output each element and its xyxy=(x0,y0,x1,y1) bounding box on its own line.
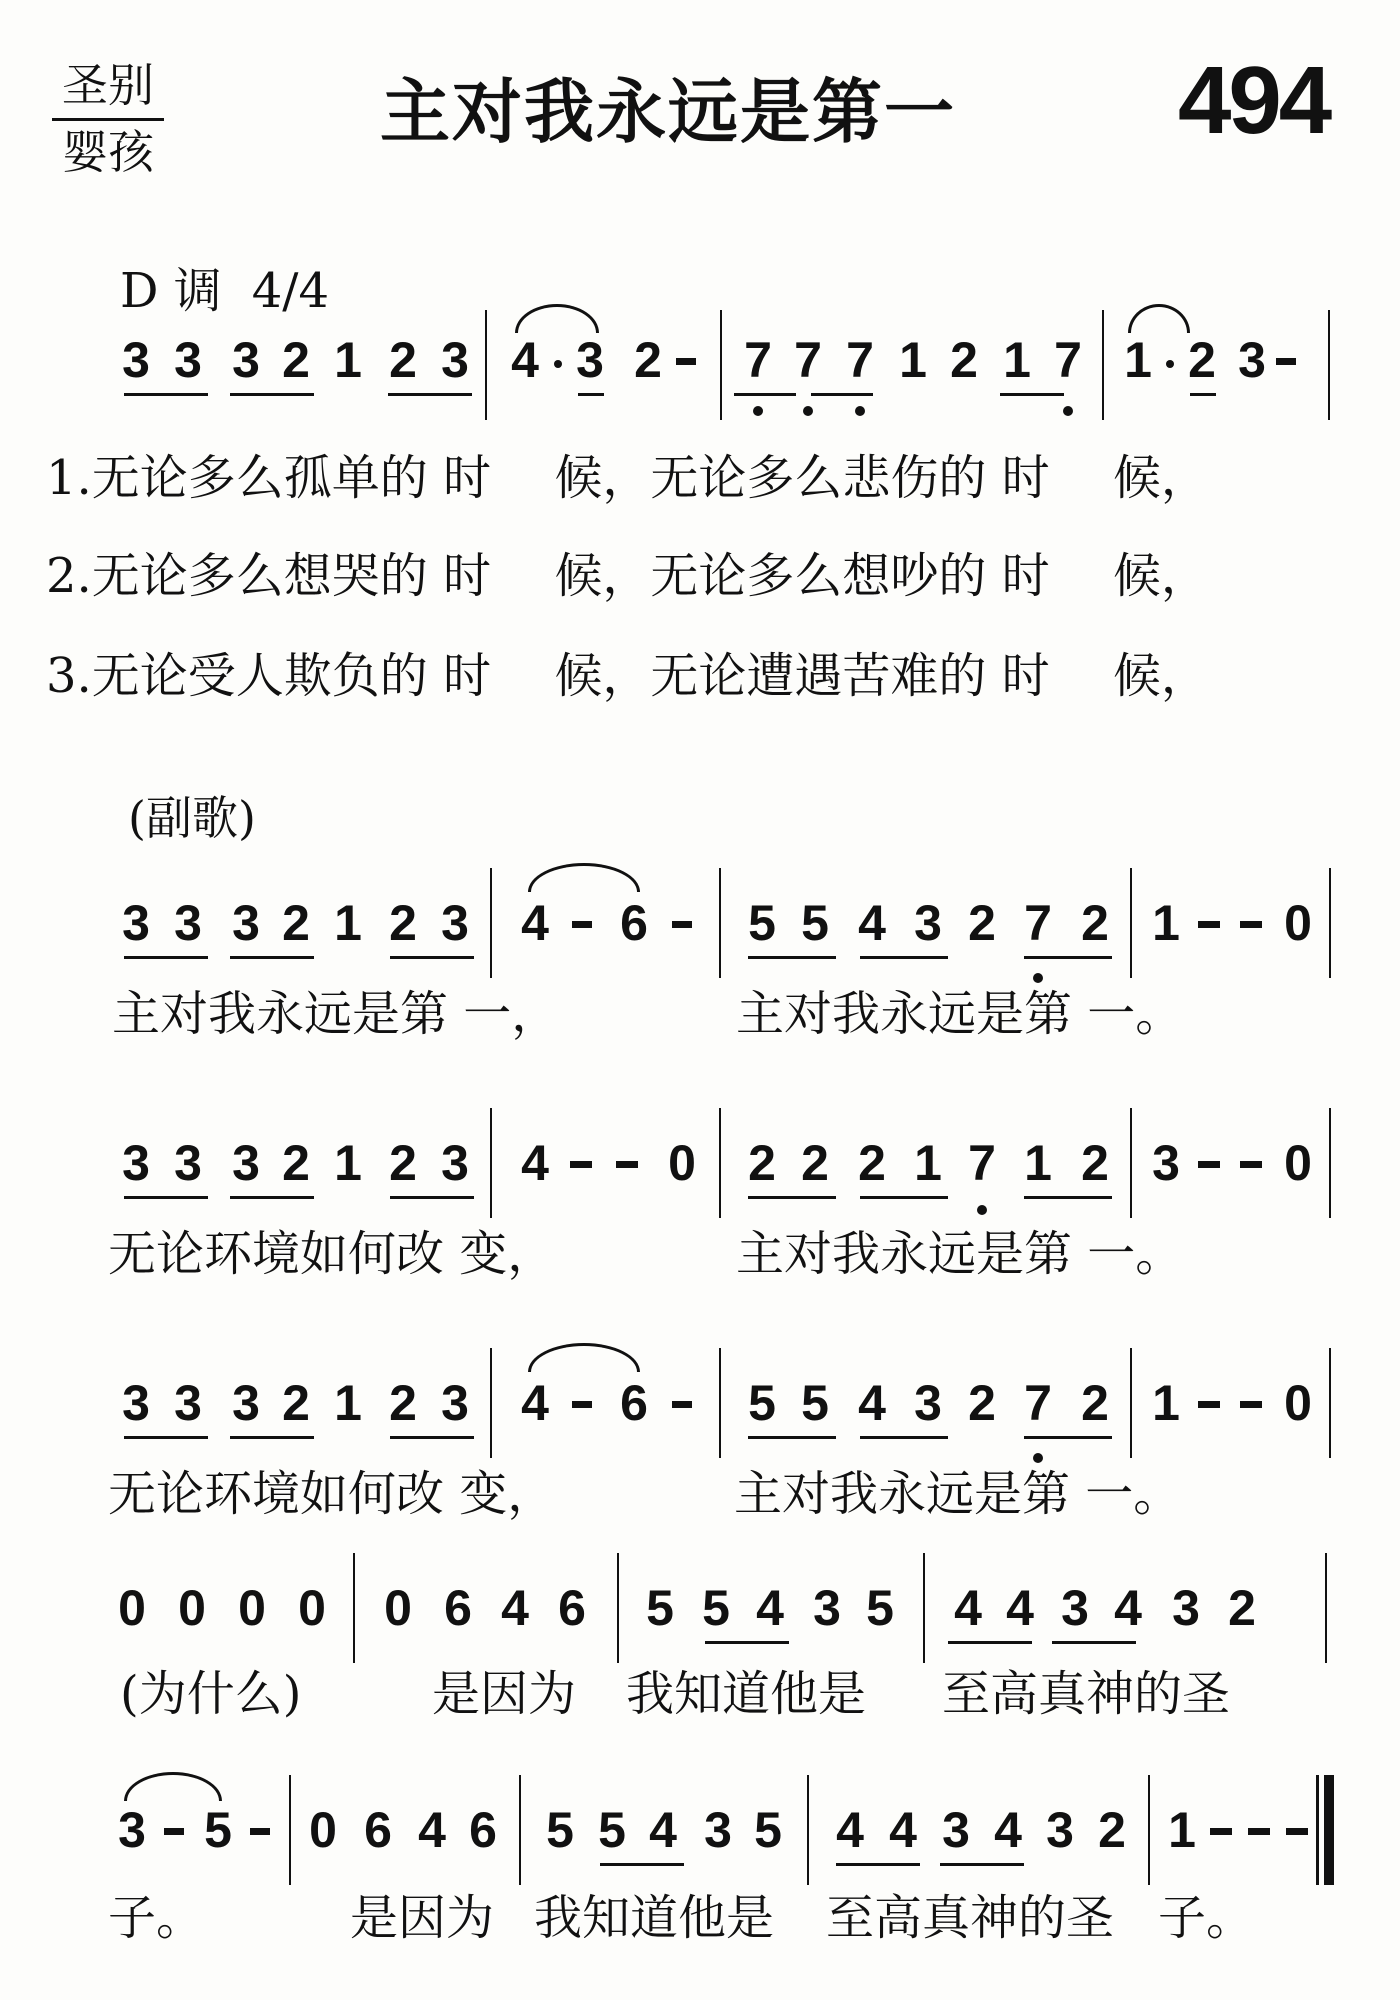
extension-dash xyxy=(616,1161,638,1168)
note: 7 xyxy=(1018,893,1058,953)
note: 1 xyxy=(1146,1373,1186,1433)
barline xyxy=(519,1775,521,1885)
low-octave-dot xyxy=(753,406,763,416)
note: 1 xyxy=(1118,330,1158,390)
note: 3 xyxy=(908,1373,948,1433)
extension-dash xyxy=(672,1401,692,1408)
note: 2 xyxy=(852,1133,892,1193)
note: 5 xyxy=(640,1578,680,1638)
note: 2 xyxy=(383,893,423,953)
note: 2 xyxy=(962,1373,1002,1433)
note: 6 xyxy=(438,1578,478,1638)
note: 1 xyxy=(328,893,368,953)
eighth-beam xyxy=(230,1436,314,1439)
low-octave-dot xyxy=(1063,406,1073,416)
extension-dash xyxy=(572,921,592,928)
note: 2 xyxy=(1075,893,1115,953)
eighth-beam xyxy=(124,956,208,959)
note: 4 xyxy=(852,893,892,953)
note: 6 xyxy=(358,1800,398,1860)
key-label: D 调 xyxy=(120,263,222,319)
note: 0 xyxy=(378,1578,418,1638)
note: 1 xyxy=(1162,1800,1202,1860)
slur xyxy=(528,1343,640,1372)
note: 4 xyxy=(1108,1578,1148,1638)
chorus-3-lyric-a: 无论环境如何改 变， xyxy=(108,1464,555,1524)
note: 3 xyxy=(698,1800,738,1860)
note: 4 xyxy=(1000,1578,1040,1638)
note: 2 xyxy=(1222,1578,1262,1638)
category-top: 圣别 xyxy=(52,58,164,121)
bridge-1-lyric-a: (为什么) xyxy=(120,1664,301,1724)
barline xyxy=(1130,1348,1132,1458)
verse-1-lyrics: 1.无论多么孤单的 时 候，无论多么悲伤的 时 候， xyxy=(46,448,1209,508)
category-label: 圣别 婴孩 xyxy=(52,58,164,179)
note: 0 xyxy=(232,1578,272,1638)
note: 0 xyxy=(112,1578,152,1638)
note: 2 xyxy=(383,1133,423,1193)
barline xyxy=(720,310,722,420)
note: 0 xyxy=(292,1578,332,1638)
note: 6 xyxy=(614,893,654,953)
note: 4 xyxy=(883,1800,923,1860)
note: 0 xyxy=(303,1800,343,1860)
extension-dash xyxy=(1286,1828,1308,1835)
low-octave-dot xyxy=(803,406,813,416)
extension-dash xyxy=(1198,1161,1220,1168)
extension-dash xyxy=(672,921,692,928)
eighth-beam xyxy=(390,956,474,959)
bridge-1-lyric-c: 我知道他是 xyxy=(626,1664,866,1724)
hymn-number: 494 xyxy=(1178,46,1329,156)
note: 7 xyxy=(788,330,828,390)
eighth-beam xyxy=(1024,1436,1112,1439)
eighth-beam xyxy=(940,1863,1024,1866)
low-octave-dot xyxy=(1033,1453,1043,1463)
note: 3 xyxy=(1040,1800,1080,1860)
eighth-beam xyxy=(124,1196,208,1199)
extension-dash xyxy=(1210,1828,1232,1835)
note: 3 xyxy=(116,893,156,953)
eighth-beam xyxy=(1000,393,1064,396)
eighth-beam xyxy=(811,393,873,396)
note: 3 xyxy=(116,1133,156,1193)
note: 3 xyxy=(168,330,208,390)
augmentation-dot xyxy=(554,360,562,368)
eighth-beam xyxy=(600,1863,684,1866)
category-bottom: 婴孩 xyxy=(52,121,164,179)
eighth-beam xyxy=(705,1641,789,1644)
note: 1 xyxy=(1018,1133,1058,1193)
note: 5 xyxy=(696,1578,736,1638)
extension-dash xyxy=(250,1828,270,1835)
note: 4 xyxy=(750,1578,790,1638)
note: 1 xyxy=(1146,893,1186,953)
note: 4 xyxy=(412,1800,452,1860)
barline xyxy=(719,868,721,978)
note: 6 xyxy=(614,1373,654,1433)
barline xyxy=(485,310,487,420)
chorus-label: (副歌) xyxy=(128,782,256,848)
note: 3 xyxy=(908,893,948,953)
eighth-beam xyxy=(1052,1641,1136,1644)
chorus-2-lyric-a: 无论环境如何改 变， xyxy=(108,1224,555,1284)
barline xyxy=(1329,868,1331,978)
note: 2 xyxy=(1075,1133,1115,1193)
note: 3 xyxy=(435,893,475,953)
barline xyxy=(490,1348,492,1458)
extension-dash xyxy=(1276,358,1296,365)
note: 3 xyxy=(936,1800,976,1860)
note: 5 xyxy=(742,893,782,953)
eighth-beam xyxy=(860,956,948,959)
note: 2 xyxy=(795,1133,835,1193)
extension-dash xyxy=(1248,1828,1270,1835)
note: 2 xyxy=(944,330,984,390)
extension-dash xyxy=(164,1828,184,1835)
note: 1 xyxy=(908,1133,948,1193)
bridge-2-lyric-e: 子。 xyxy=(1158,1888,1254,1948)
note: 3 xyxy=(226,1133,266,1193)
verse-3-lyrics: 3.无论受人欺负的 时 候，无论遭遇苦难的 时 候， xyxy=(46,646,1209,706)
note: 4 xyxy=(830,1800,870,1860)
eighth-beam xyxy=(948,1641,1032,1644)
eighth-beam xyxy=(1190,393,1216,396)
note: 0 xyxy=(662,1133,702,1193)
note: 3 xyxy=(116,330,156,390)
eighth-beam xyxy=(836,1863,920,1866)
note: 2 xyxy=(1075,1373,1115,1433)
eighth-beam xyxy=(124,1436,208,1439)
extension-dash xyxy=(1240,921,1262,928)
slur xyxy=(124,1772,222,1801)
note: 4 xyxy=(515,1373,555,1433)
note: 2 xyxy=(383,1373,423,1433)
note: 3 xyxy=(1055,1578,1095,1638)
note: 4 xyxy=(505,330,545,390)
chorus-1-lyric-b: 主对我永远是第 一。 xyxy=(736,984,1183,1044)
eighth-beam xyxy=(390,1196,474,1199)
note: 7 xyxy=(840,330,880,390)
note: 2 xyxy=(276,1133,316,1193)
extension-dash xyxy=(676,358,696,365)
note: 4 xyxy=(643,1800,683,1860)
hymn-title: 主对我永远是第一 xyxy=(380,56,956,157)
barline xyxy=(490,868,492,978)
chorus-1-lyric-a: 主对我永远是第 一， xyxy=(112,984,559,1044)
note: 6 xyxy=(463,1800,503,1860)
barline xyxy=(719,1348,721,1458)
note: 4 xyxy=(852,1373,892,1433)
final-barline-thick xyxy=(1324,1775,1334,1885)
note: 4 xyxy=(515,893,555,953)
barline xyxy=(1130,868,1132,978)
slur xyxy=(515,304,599,333)
augmentation-dot xyxy=(1166,360,1174,368)
note: 4 xyxy=(988,1800,1028,1860)
eighth-beam xyxy=(860,1436,948,1439)
note: 5 xyxy=(540,1800,580,1860)
key-signature: D 调4/4 xyxy=(120,252,329,321)
extension-dash xyxy=(1198,921,1220,928)
note: 3 xyxy=(168,893,208,953)
note: 7 xyxy=(738,330,778,390)
note: 3 xyxy=(168,1133,208,1193)
note: 3 xyxy=(116,1373,156,1433)
note: 5 xyxy=(742,1373,782,1433)
eighth-beam xyxy=(124,393,208,396)
note: 6 xyxy=(552,1578,592,1638)
slur xyxy=(528,863,640,892)
final-barline-thin xyxy=(1316,1775,1319,1885)
eighth-beam xyxy=(388,393,472,396)
eighth-beam xyxy=(748,956,836,959)
eighth-beam xyxy=(1024,956,1112,959)
eighth-beam xyxy=(860,1196,948,1199)
eighth-beam xyxy=(1024,1196,1112,1199)
eighth-beam xyxy=(734,393,796,396)
note: 1 xyxy=(328,1133,368,1193)
note: 3 xyxy=(570,330,610,390)
bridge-2-lyric-b: 是因为 xyxy=(350,1888,494,1948)
note: 2 xyxy=(1182,330,1222,390)
note: 7 xyxy=(1048,330,1088,390)
note: 1 xyxy=(328,1373,368,1433)
note: 2 xyxy=(962,893,1002,953)
note: 5 xyxy=(592,1800,632,1860)
barline xyxy=(490,1108,492,1218)
bridge-2-lyric-c: 我知道他是 xyxy=(534,1888,774,1948)
note: 1 xyxy=(893,330,933,390)
extension-dash xyxy=(572,1401,592,1408)
note: 0 xyxy=(172,1578,212,1638)
eighth-beam xyxy=(230,393,314,396)
note: 3 xyxy=(112,1800,152,1860)
slur xyxy=(1128,304,1190,333)
note: 2 xyxy=(383,330,423,390)
bridge-1-lyric-b: 是因为 xyxy=(432,1664,576,1724)
note: 4 xyxy=(495,1578,535,1638)
staff-verse: 3 3 3 2 1 2 3 4 3 2 7 7 7 1 2 1 7 1 2 3 xyxy=(0,330,1400,450)
note: 2 xyxy=(276,330,316,390)
extension-dash xyxy=(1198,1401,1220,1408)
note: 1 xyxy=(328,330,368,390)
eighth-beam xyxy=(390,1436,474,1439)
barline xyxy=(289,1775,291,1885)
note: 2 xyxy=(1092,1800,1132,1860)
chorus-2-lyric-b: 主对我永远是第 一。 xyxy=(736,1224,1183,1284)
extension-dash xyxy=(1240,1161,1262,1168)
bridge-2-lyric-a: 子。 xyxy=(108,1888,204,1948)
eighth-beam xyxy=(230,956,314,959)
note: 2 xyxy=(628,330,668,390)
extension-dash xyxy=(570,1161,592,1168)
barline xyxy=(923,1553,925,1663)
note: 5 xyxy=(795,893,835,953)
barline xyxy=(1329,1108,1331,1218)
bridge-1-lyric-d: 至高真神的圣 xyxy=(942,1664,1230,1724)
barline xyxy=(1148,1775,1150,1885)
note: 0 xyxy=(1278,1373,1318,1433)
note: 0 xyxy=(1278,1133,1318,1193)
note: 3 xyxy=(435,1133,475,1193)
note: 4 xyxy=(948,1578,988,1638)
note: 3 xyxy=(1146,1133,1186,1193)
time-signature: 4/4 xyxy=(252,263,329,319)
barline xyxy=(1102,310,1104,420)
chorus-3-lyric-b: 主对我永远是第 一。 xyxy=(734,1464,1181,1524)
note: 3 xyxy=(1232,330,1272,390)
low-octave-dot xyxy=(977,1205,987,1215)
note: 3 xyxy=(807,1578,847,1638)
barline xyxy=(1130,1108,1132,1218)
note: 5 xyxy=(748,1800,788,1860)
barline xyxy=(353,1553,355,1663)
note: 2 xyxy=(742,1133,782,1193)
eighth-beam xyxy=(578,393,604,396)
barline xyxy=(1328,310,1330,420)
note: 2 xyxy=(276,1373,316,1433)
note: 5 xyxy=(795,1373,835,1433)
note: 3 xyxy=(226,1373,266,1433)
note: 5 xyxy=(198,1800,238,1860)
note: 3 xyxy=(435,1373,475,1433)
note: 3 xyxy=(226,893,266,953)
note: 7 xyxy=(962,1133,1002,1193)
barline xyxy=(719,1108,721,1218)
note: 0 xyxy=(1278,893,1318,953)
note: 3 xyxy=(226,330,266,390)
note: 4 xyxy=(515,1133,555,1193)
low-octave-dot xyxy=(855,406,865,416)
eighth-beam xyxy=(748,1196,836,1199)
eighth-beam xyxy=(230,1196,314,1199)
verse-2-lyrics: 2.无论多么想哭的 时 候，无论多么想吵的 时 候， xyxy=(46,546,1209,606)
barline xyxy=(807,1775,809,1885)
barline xyxy=(1325,1553,1327,1663)
note: 2 xyxy=(276,893,316,953)
extension-dash xyxy=(1240,1401,1262,1408)
note: 3 xyxy=(1166,1578,1206,1638)
barline xyxy=(617,1553,619,1663)
note: 3 xyxy=(168,1373,208,1433)
note: 3 xyxy=(435,330,475,390)
low-octave-dot xyxy=(1033,973,1043,983)
note: 5 xyxy=(860,1578,900,1638)
eighth-beam xyxy=(748,1436,836,1439)
bridge-2-lyric-d: 至高真神的圣 xyxy=(826,1888,1114,1948)
note: 1 xyxy=(997,330,1037,390)
note: 7 xyxy=(1018,1373,1058,1433)
barline xyxy=(1329,1348,1331,1458)
